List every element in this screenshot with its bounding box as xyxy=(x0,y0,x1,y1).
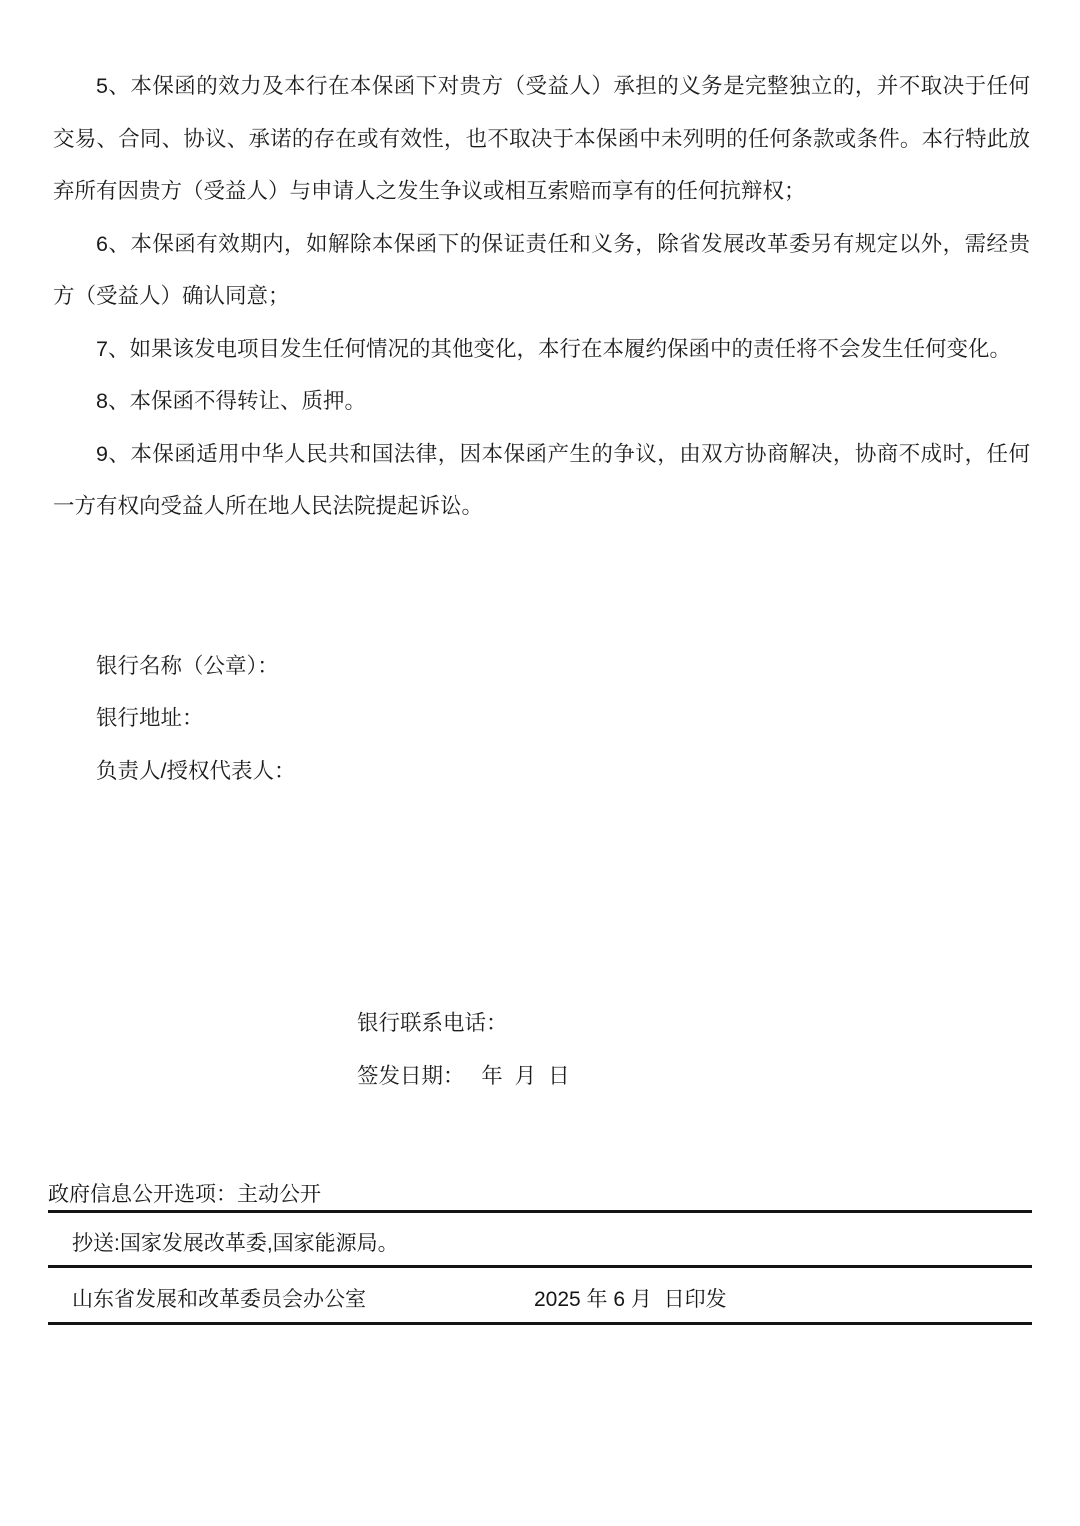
cc-note: 抄送:国家发展改革委,国家能源局。 xyxy=(72,1232,399,1255)
cc-row: 抄送:国家发展改革委,国家能源局。 xyxy=(48,1213,1032,1268)
document-page: 5、本保函的效力及本行在本保函下对贵方（受益人）承担的义务是完整独立的，并不取决… xyxy=(0,0,1080,1526)
bank-address-label: 银行地址： xyxy=(53,692,1030,745)
representative-label: 负责人/授权代表人： xyxy=(53,745,1030,798)
signature-block: 银行名称（公章）： 银行地址： 负责人/授权代表人： xyxy=(53,640,1030,798)
bank-name-label: 银行名称（公章）： xyxy=(53,640,1030,693)
print-date: 2025 年 6 月 日印发 xyxy=(534,1287,727,1313)
disclosure-row: 政府信息公开选项：主动公开 xyxy=(48,1180,1032,1213)
issuing-office: 山东省发展和改革委员会办公室 xyxy=(72,1288,366,1311)
clause-6: 6、本保函有效期内，如解除本保函下的保证责任和义务，除省发展改革委另有规定以外，… xyxy=(53,218,1030,323)
issuing-row: 山东省发展和改革委员会办公室 2025 年 6 月 日印发 xyxy=(48,1268,1032,1325)
issue-date-label: 签发日期： 年 月 日 xyxy=(357,1050,1030,1103)
bank-phone-label: 银行联系电话： xyxy=(357,997,1030,1050)
clause-8: 8、本保函不得转让、质押。 xyxy=(53,375,1030,428)
clause-9: 9、本保函适用中华人民共和国法律，因本保函产生的争议，由双方协商解决，协商不成时… xyxy=(53,428,1030,533)
contact-block: 银行联系电话： 签发日期： 年 月 日 xyxy=(357,997,1030,1102)
document-footer: 政府信息公开选项：主动公开 抄送:国家发展改革委,国家能源局。 山东省发展和改革… xyxy=(48,1180,1032,1325)
clause-7: 7、如果该发电项目发生任何情况的其他变化，本行在本履约保函中的责任将不会发生任何… xyxy=(53,323,1030,376)
disclosure-note: 政府信息公开选项：主动公开 xyxy=(48,1183,321,1206)
clause-5: 5、本保函的效力及本行在本保函下对贵方（受益人）承担的义务是完整独立的，并不取决… xyxy=(53,60,1030,218)
document-body: 5、本保函的效力及本行在本保函下对贵方（受益人）承担的义务是完整独立的，并不取决… xyxy=(53,60,1030,1102)
